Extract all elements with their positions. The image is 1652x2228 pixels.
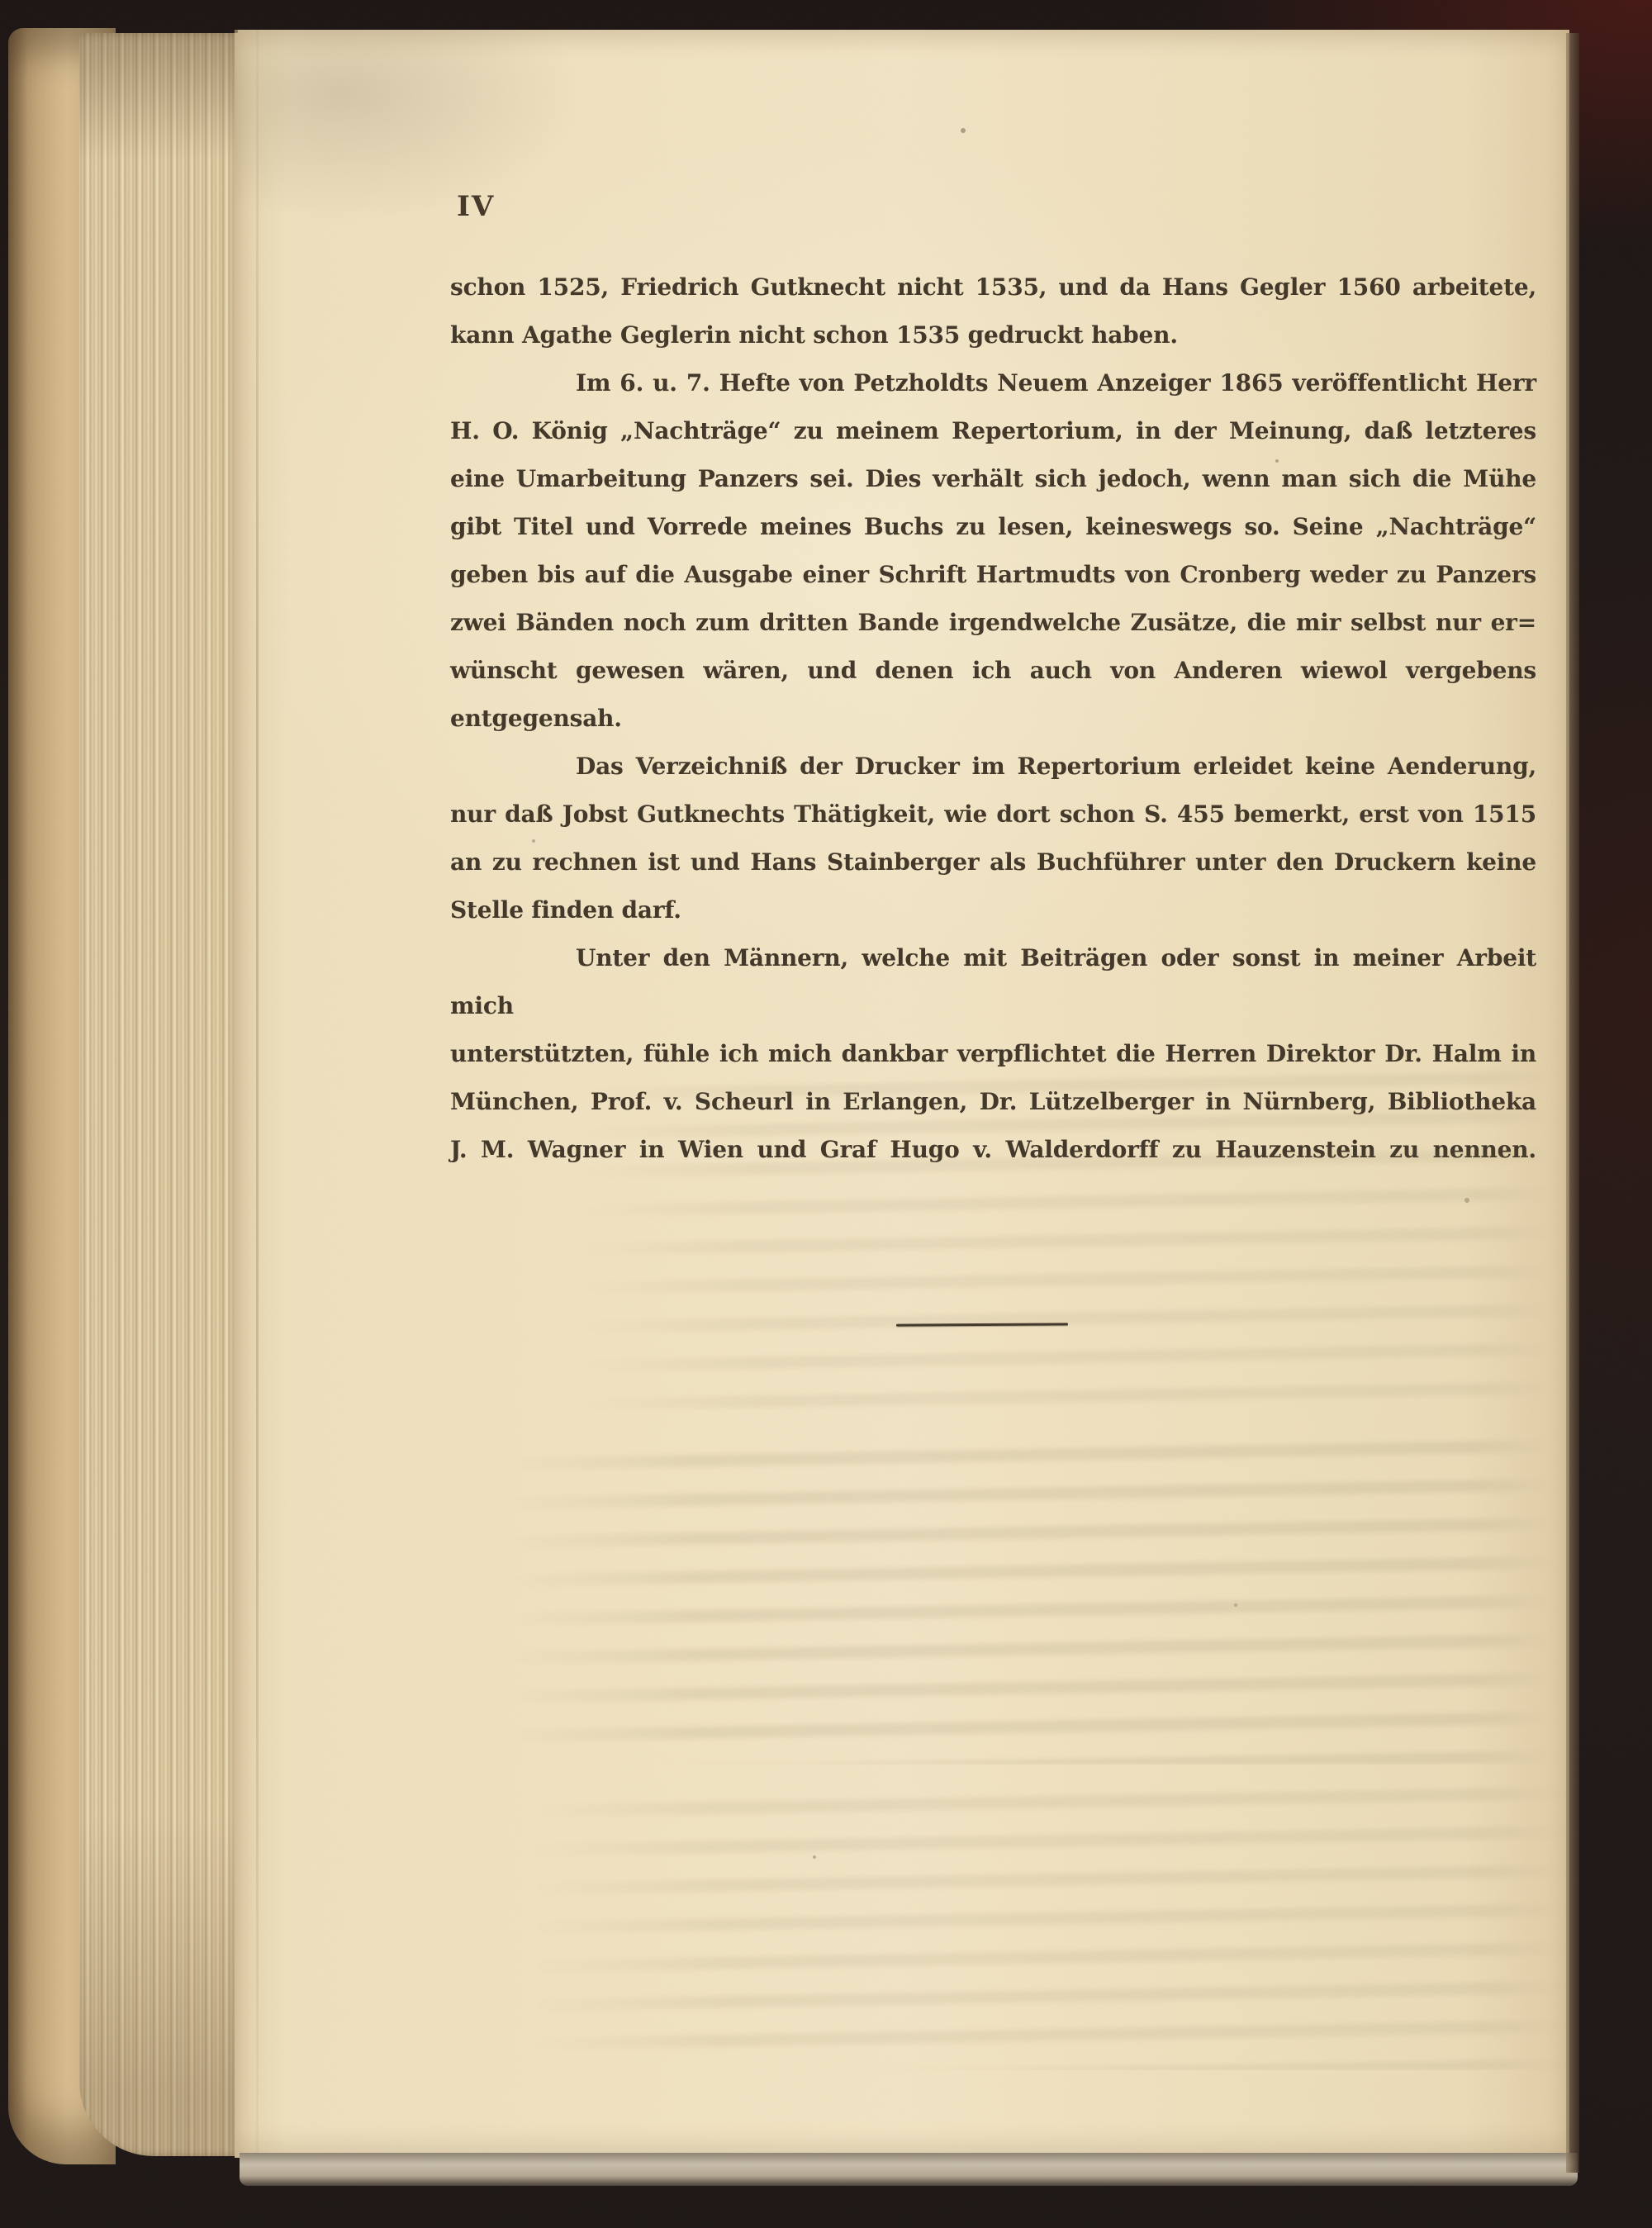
- text-line: Das Verzeichniß der Drucker im Repertori…: [450, 743, 1536, 791]
- text-line: zwei Bänden noch zum dritten Bande irgen…: [450, 599, 1536, 647]
- text-line: an zu rechnen ist und Hans Stainberger a…: [450, 838, 1536, 886]
- text-line: wünscht gewesen wären, und denen ich auc…: [450, 647, 1536, 743]
- text-line: Stelle finden darf.: [450, 886, 1536, 934]
- text-block: schon 1525, Friedrich Gutknecht nicht 15…: [450, 264, 1536, 1174]
- page-right-edge: [1566, 33, 1579, 2173]
- show-through-text: [532, 1781, 1564, 2070]
- gutter-crease: [256, 30, 259, 2158]
- section-divider: [896, 1323, 1068, 1326]
- text-line: schon 1525, Friedrich Gutknecht nicht 15…: [450, 264, 1536, 311]
- page-block-bottom-edge: [240, 2153, 1578, 2186]
- text-line: gibt Titel und Vorrede meines Buchs zu l…: [450, 503, 1536, 551]
- paragraph: Unter den Männern, welche mit Beiträgen …: [450, 934, 1536, 1174]
- text-line: nur daß Jobst Gutknechts Thätigkeit, wie…: [450, 791, 1536, 838]
- paragraph: Das Verzeichniß der Drucker im Repertori…: [450, 743, 1536, 934]
- paragraph: schon 1525, Friedrich Gutknecht nicht 15…: [450, 264, 1536, 359]
- text-line: H. O. König „Nachträge“ zu meinem Repert…: [450, 407, 1536, 455]
- text-line: J. M. Wagner in Wien und Graf Hugo v. Wa…: [450, 1126, 1536, 1174]
- text-line: München, Prof. v. Scheurl in Erlangen, D…: [450, 1078, 1536, 1126]
- paper-specks: [235, 30, 238, 33]
- text-line: geben bis auf die Ausgabe einer Schrift …: [450, 551, 1536, 599]
- page-block-fore-edge: [79, 33, 241, 2156]
- text-line: unterstützten, fühle ich mich dankbar ve…: [450, 1030, 1536, 1078]
- text-line: kann Agathe Geglerin nicht schon 1535 ge…: [450, 311, 1536, 359]
- paragraph: Im 6. u. 7. Hefte von Petzholdts Neuem A…: [450, 359, 1536, 743]
- book-page: IV schon 1525, Friedrich Gutknecht nicht…: [235, 30, 1569, 2158]
- show-through-text: [507, 1434, 1556, 1765]
- text-line: eine Umarbeitung Panzers sei. Dies verhä…: [450, 455, 1536, 503]
- scanned-book-photo: IV schon 1525, Friedrich Gutknecht nicht…: [0, 0, 1652, 2228]
- page-number: IV: [457, 190, 495, 223]
- text-line: Unter den Männern, welche mit Beiträgen …: [450, 934, 1536, 1030]
- text-line: Im 6. u. 7. Hefte von Petzholdts Neuem A…: [450, 359, 1536, 407]
